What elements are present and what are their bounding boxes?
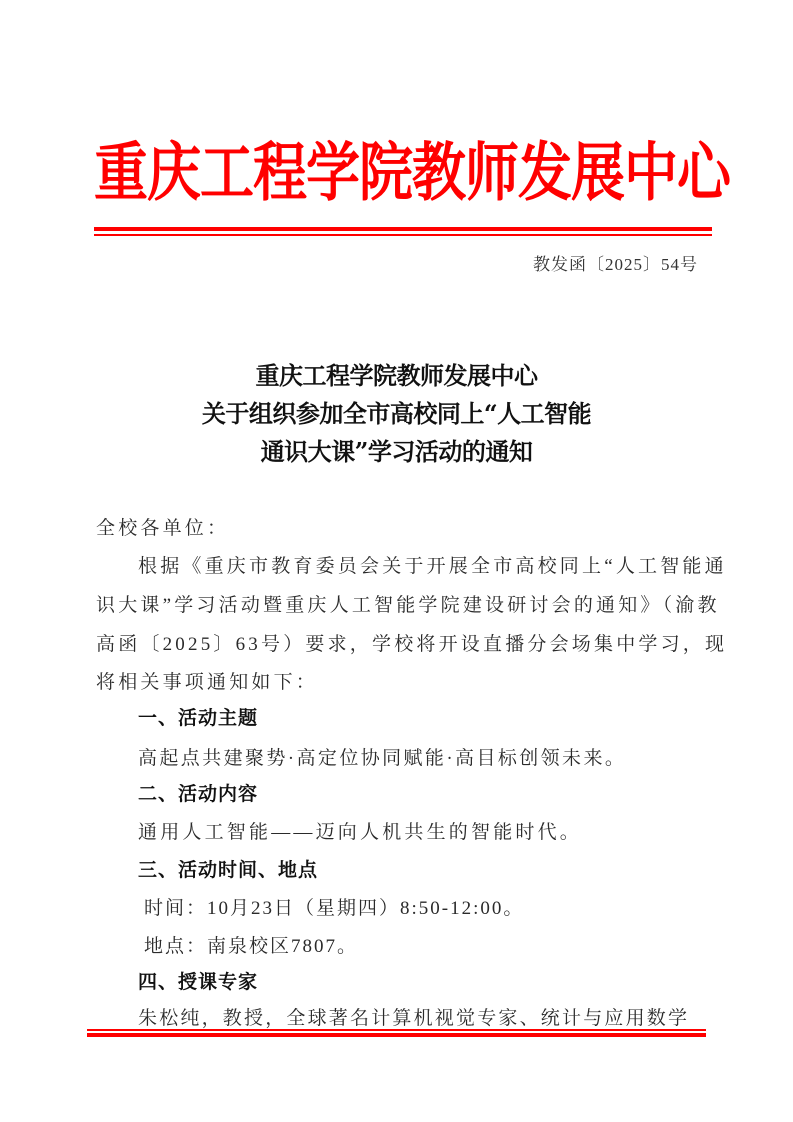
intro-line-2: 识大课”学习活动暨重庆人工智能学院建设研讨会的通知》（渝教 <box>96 590 720 617</box>
intro-line-4: 将相关事项通知如下： <box>96 667 318 694</box>
intro-line-1: 根据《重庆市教育委员会关于开展全市高校同上“人工智能通 <box>138 551 727 578</box>
notice-title-line-1: 重庆工程学院教师发展中心 <box>0 356 793 391</box>
masthead-rule-thin <box>94 234 712 236</box>
section-heading-theme: 一、活动主题 <box>138 703 258 730</box>
footer-rule-thin <box>87 1029 706 1031</box>
salutation: 全校各单位： <box>96 513 229 540</box>
masthead-title: 重庆工程学院教师发展中心 <box>94 120 712 224</box>
masthead-rule-thick <box>94 227 712 231</box>
section-heading-time-place: 三、活动时间、地点 <box>138 855 318 882</box>
intro-line-3: 高函〔2025〕63号）要求，学校将开设直播分会场集中学习，现 <box>96 629 727 656</box>
footer-rule-thick <box>87 1033 706 1037</box>
notice-title-line-2: 关于组织参加全市高校同上“人工智能 <box>0 394 793 429</box>
section-heading-expert: 四、授课专家 <box>138 967 258 994</box>
section-heading-content: 二、活动内容 <box>138 779 258 806</box>
section-text-time: 时间：10月23日（星期四）8:50-12:00。 <box>144 893 524 920</box>
section-text-content: 通用人工智能——迈向人机共生的智能时代。 <box>138 817 582 844</box>
section-text-theme: 高起点共建聚势·高定位协同赋能·高目标创领未来。 <box>138 743 626 770</box>
document-number: 教发函〔2025〕54号 <box>533 250 698 275</box>
section-text-expert: 朱松纯，教授，全球著名计算机视觉专家、统计与应用数学 <box>138 1003 689 1030</box>
notice-title-line-3: 通识大课”学习活动的通知 <box>0 432 793 467</box>
section-text-place: 地点：南泉校区7807。 <box>144 931 358 958</box>
